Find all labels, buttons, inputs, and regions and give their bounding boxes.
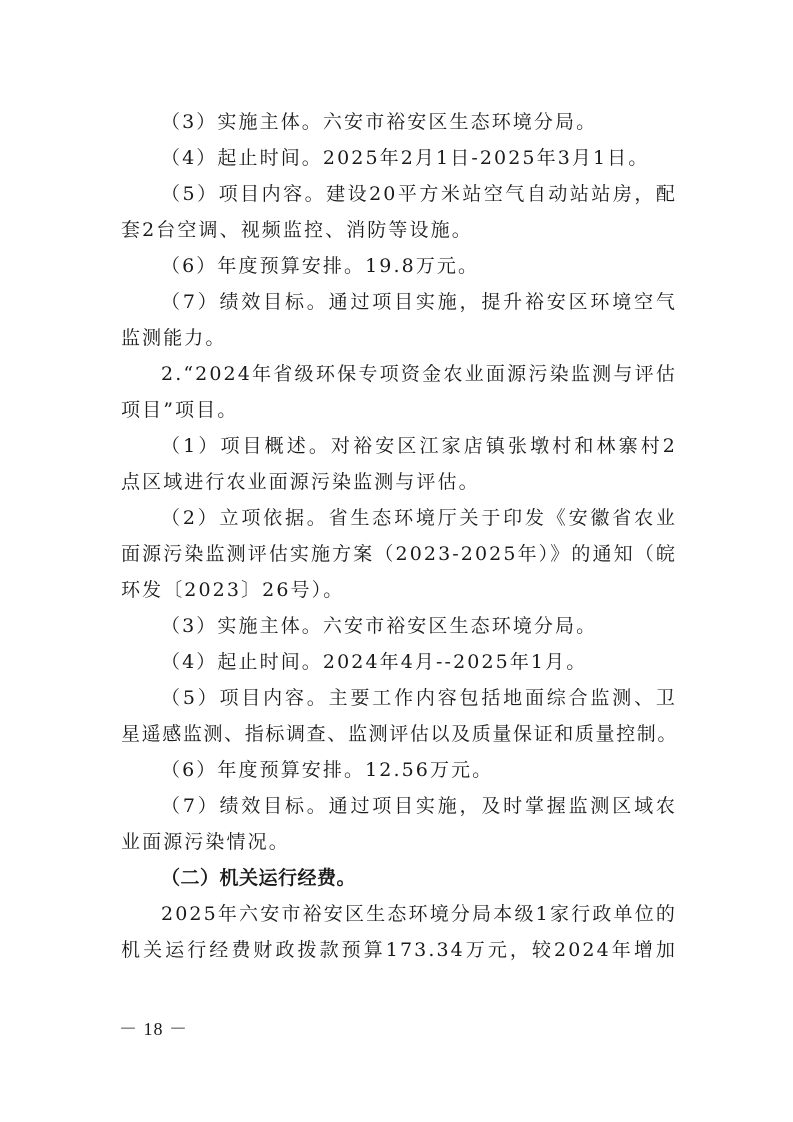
- paragraph-line: 星遥感监测、指标调查、监测评估以及质量保证和质量控制。: [121, 716, 677, 752]
- paragraph-line: （7）绩效目标。通过项目实施，及时掌握监测区域农: [161, 788, 677, 824]
- paragraph-line: 环发〔2023〕26号）。: [121, 572, 677, 608]
- page-number: － 18 －: [119, 1014, 188, 1044]
- paragraph-line: 点区域进行农业面源污染监测与评估。: [121, 464, 677, 500]
- section-heading-line: 项目”项目。: [121, 392, 677, 428]
- paragraph-line: 监测能力。: [121, 320, 677, 356]
- paragraph-line: （7）绩效目标。通过项目实施，提升裕安区环境空气: [161, 284, 677, 320]
- paragraph-line: （6）年度预算安排。19.8万元。: [161, 248, 677, 284]
- document-page: （3）实施主体。六安市裕安区生态环境分局。 （4）起止时间。2025年2月1日-…: [0, 0, 793, 1122]
- paragraph-line: （3）实施主体。六安市裕安区生态环境分局。: [161, 608, 677, 644]
- paragraph-line: （6）年度预算安排。12.56万元。: [161, 752, 677, 788]
- paragraph-line: 业面源污染情况。: [121, 824, 677, 860]
- paragraph-line: （5）项目内容。主要工作内容包括地面综合监测、卫: [161, 680, 677, 716]
- paragraph-line: （3）实施主体。六安市裕安区生态环境分局。: [161, 104, 677, 140]
- paragraph-line: （4）起止时间。2025年2月1日-2025年3月1日。: [161, 140, 677, 176]
- paragraph-line: （5）项目内容。建设20平方米站空气自动站站房，配: [161, 176, 677, 212]
- paragraph-line: （1）项目概述。对裕安区江家店镇张墩村和林寨村2: [161, 428, 677, 464]
- subsection-heading: （二）机关运行经费。: [161, 860, 677, 896]
- paragraph-line: 2025年六安市裕安区生态环境分局本级1家行政单位的: [161, 896, 677, 932]
- paragraph-line: （4）起止时间。2024年4月--2025年1月。: [161, 644, 677, 680]
- paragraph-line: 套2台空调、视频监控、消防等设施。: [121, 212, 677, 248]
- section-heading-line: 2.“2024年省级环保专项资金农业面源污染监测与评估: [161, 356, 677, 392]
- paragraph-line: （2）立项依据。省生态环境厅关于印发《安徽省农业: [161, 500, 677, 536]
- paragraph-line: 面源污染监测评估实施方案（2023-2025年）》的通知（皖: [121, 536, 677, 572]
- paragraph-line: 机关运行经费财政拨款预算173.34万元，较2024年增加: [121, 932, 677, 968]
